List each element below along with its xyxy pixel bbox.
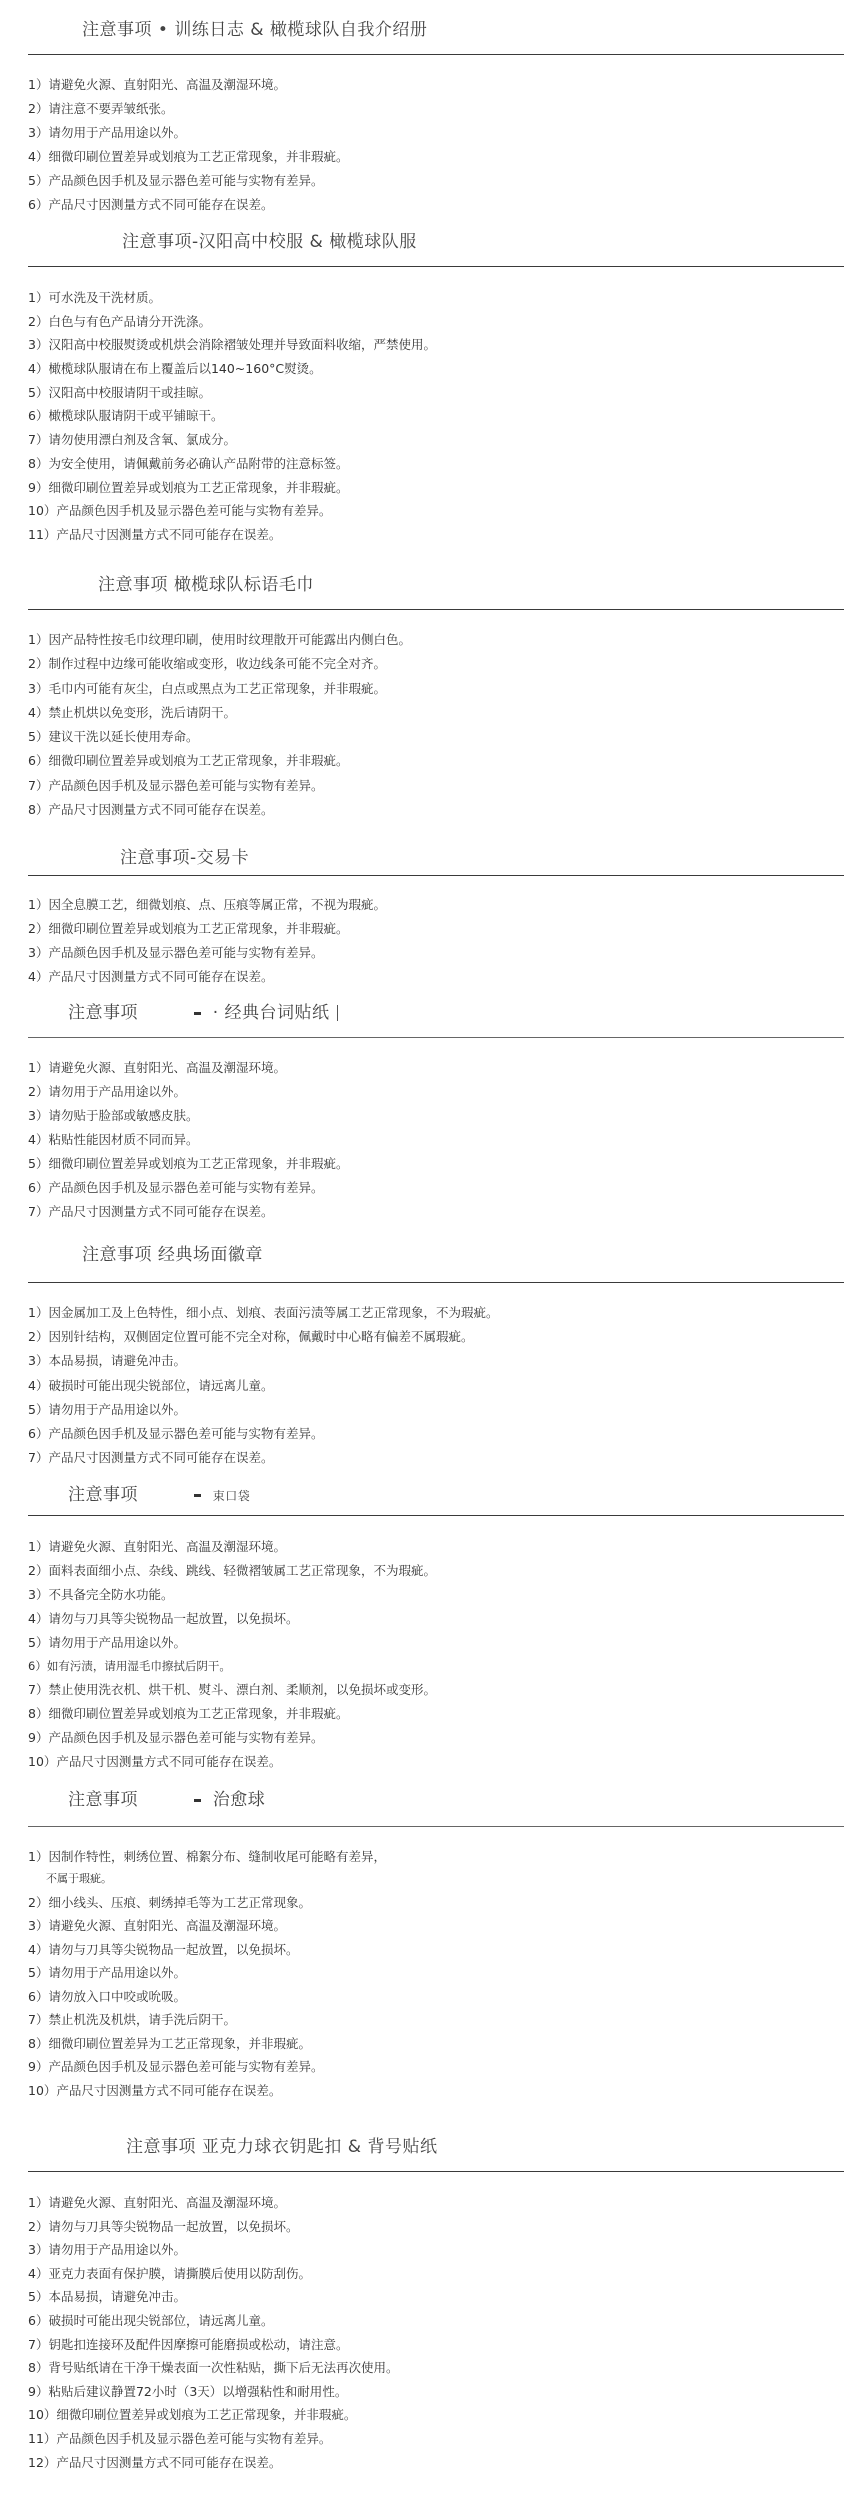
section-title-suffix: · 经典台词贴纸: [213, 1003, 330, 1023]
list-item: 9）细微印刷位置差异或划痕为工艺正常现象，并非瑕疵。: [28, 480, 436, 496]
list-item: 1）可水洗及干洗材质。: [28, 290, 436, 306]
list-item: 9）粘贴后建议静置72小时（3天）以增强粘性和耐用性。: [28, 2384, 398, 2400]
list-item: 4）亚克力表面有保护膜，请撕膜后使用以防刮伤。: [28, 2266, 398, 2282]
list-item: 7）禁止使用洗衣机、烘干机、熨斗、漂白剂、柔顺剂，以免损坏或变形。: [28, 1682, 436, 1698]
list-item: 7）产品颜色因手机及显示器色差可能与实物有差异。: [28, 778, 411, 794]
text-cursor: [337, 1005, 338, 1021]
list-item: 7）钥匙扣连接环及配件因摩擦可能磨损或松动，请注意。: [28, 2337, 398, 2353]
list-item: 10）产品尺寸因测量方式不同可能存在误差。: [28, 1754, 436, 1770]
divider: [28, 1826, 844, 1827]
section-title: 注意事项 治愈球: [68, 1788, 265, 1812]
list-item: 2）白色与有色产品请分开洗涤。: [28, 314, 436, 330]
divider: [28, 54, 844, 55]
list-item: 3）请勿贴于脸部或敏感皮肤。: [28, 1108, 348, 1124]
section-title: 注意事项 橄榄球队标语毛巾: [98, 573, 314, 597]
section-title: 注意事项-汉阳高中校服 & 橄榄球队服: [122, 230, 417, 254]
list-item: 2）请勿与刀具等尖锐物品一起放置，以免损坏。: [28, 2219, 398, 2235]
list-item: 9）产品颜色因手机及显示器色差可能与实物有差异。: [28, 2059, 386, 2075]
list-item: 8）产品尺寸因测量方式不同可能存在误差。: [28, 802, 411, 818]
list-item: 2）请注意不要弄皱纸张。: [28, 101, 348, 117]
notice-list: 1）因全息膜工艺，细微划痕、点、压痕等属正常，不视为瑕疵。 2）细微印刷位置差异…: [28, 897, 386, 985]
divider: [28, 1515, 844, 1516]
list-item: 3）产品颜色因手机及显示器色差可能与实物有差异。: [28, 945, 386, 961]
list-item: 3）请勿用于产品用途以外。: [28, 125, 348, 141]
list-item: 1）因全息膜工艺，细微划痕、点、压痕等属正常，不视为瑕疵。: [28, 897, 386, 913]
list-item: 6）产品颜色因手机及显示器色差可能与实物有差异。: [28, 1180, 348, 1196]
notice-list: 1）请避免火源、直射阳光、高温及潮湿环境。 2）面料表面细小点、杂线、跳线、轻微…: [28, 1539, 436, 1770]
list-item: 2）制作过程中边缘可能收缩或变形，收边线条可能不完全对齐。: [28, 656, 411, 672]
list-item-continuation: 不属于瑕疵。: [28, 1871, 386, 1887]
list-item: 9）产品颜色因手机及显示器色差可能与实物有差异。: [28, 1730, 436, 1746]
list-item: 1）因金属加工及上色特性，细小点、划痕、表面污渍等属工艺正常现象，不为瑕疵。: [28, 1305, 498, 1321]
divider: [28, 609, 844, 610]
list-item: 1）请避免火源、直射阳光、高温及潮湿环境。: [28, 77, 348, 93]
list-item: 4）橄榄球队服请在布上覆盖后以140~160°C熨烫。: [28, 361, 436, 377]
list-item: 5）请勿用于产品用途以外。: [28, 1402, 498, 1418]
list-item: 5）细微印刷位置差异或划痕为工艺正常现象，并非瑕疵。: [28, 1156, 348, 1172]
list-item: 10）产品尺寸因测量方式不同可能存在误差。: [28, 2083, 386, 2099]
list-item: 2）细微印刷位置差异或划痕为工艺正常现象，并非瑕疵。: [28, 921, 386, 937]
list-item: 5）汉阳高中校服请阴干或挂晾。: [28, 385, 436, 401]
section-title-prefix: 注意事项: [68, 1485, 138, 1505]
list-item: 7）禁止机洗及机烘，请手洗后阴干。: [28, 2012, 386, 2028]
section-title: 注意事项 亚克力球衣钥匙扣 & 背号贴纸: [126, 2135, 437, 2159]
notice-list: 1）因金属加工及上色特性，细小点、划痕、表面污渍等属工艺正常现象，不为瑕疵。 2…: [28, 1305, 498, 1466]
section-title-suffix: 束口袋: [213, 1489, 251, 1503]
list-item: 5）本品易损，请避免冲击。: [28, 2289, 398, 2305]
list-item: 3）汉阳高中校服熨烫或机烘会消除褶皱处理并导致面料收缩，严禁使用。: [28, 337, 436, 353]
list-item: 3）毛巾内可能有灰尘，白点或黑点为工艺正常现象，并非瑕疵。: [28, 681, 411, 697]
list-item: 5）请勿用于产品用途以外。: [28, 1635, 436, 1651]
list-item: 8）细微印刷位置差异或划痕为工艺正常现象，并非瑕疵。: [28, 1706, 436, 1722]
list-item: 6）产品尺寸因测量方式不同可能存在误差。: [28, 197, 348, 213]
section-title: 注意事项-交易卡: [120, 846, 249, 870]
section-title: 注意事项 · 经典台词贴纸: [68, 1001, 338, 1025]
section-title: 注意事项 • 训练日志 & 橄榄球队自我介绍册: [82, 18, 427, 42]
list-item: 11）产品颜色因手机及显示器色差可能与实物有差异。: [28, 2431, 398, 2447]
divider: [28, 875, 844, 876]
divider: [28, 1282, 844, 1283]
list-item: 7）产品尺寸因测量方式不同可能存在误差。: [28, 1204, 348, 1220]
dash-mark: [194, 1799, 201, 1802]
list-item: 2）细小线头、压痕、刺绣掉毛等为工艺正常现象。: [28, 1895, 386, 1911]
list-item: 8）背号贴纸请在干净干燥表面一次性粘贴，撕下后无法再次使用。: [28, 2360, 398, 2376]
list-item: 4）请勿与刀具等尖锐物品一起放置，以免损坏。: [28, 1942, 386, 1958]
divider: [28, 2171, 844, 2172]
list-item: 5）请勿用于产品用途以外。: [28, 1965, 386, 1981]
list-item: 2）面料表面细小点、杂线、跳线、轻微褶皱属工艺正常现象，不为瑕疵。: [28, 1563, 436, 1579]
divider: [28, 1037, 844, 1038]
section-title-suffix: 治愈球: [213, 1790, 266, 1810]
list-item: 1）因产品特性按毛巾纹理印刷，使用时纹理散开可能露出内侧白色。: [28, 632, 411, 648]
list-item: 8）为安全使用，请佩戴前务必确认产品附带的注意标签。: [28, 456, 436, 472]
list-item: 7）产品尺寸因测量方式不同可能存在误差。: [28, 1450, 498, 1466]
list-item: 4）粘贴性能因材质不同而异。: [28, 1132, 348, 1148]
dash-mark: [194, 1494, 201, 1497]
notice-list: 1）请避免火源、直射阳光、高温及潮湿环境。 2）请注意不要弄皱纸张。 3）请勿用…: [28, 77, 348, 213]
list-item: 6）细微印刷位置差异或划痕为工艺正常现象，并非瑕疵。: [28, 753, 411, 769]
list-item: 10）产品颜色因手机及显示器色差可能与实物有差异。: [28, 503, 436, 519]
list-item: 12）产品尺寸因测量方式不同可能存在误差。: [28, 2455, 398, 2471]
section-title-prefix: 注意事项: [68, 1790, 138, 1810]
list-item: 3）不具备完全防水功能。: [28, 1587, 436, 1603]
list-item: 2）请勿用于产品用途以外。: [28, 1084, 348, 1100]
list-item: 11）产品尺寸因测量方式不同可能存在误差。: [28, 527, 436, 543]
list-item: 3）本品易损，请避免冲击。: [28, 1353, 498, 1369]
list-item: 4）产品尺寸因测量方式不同可能存在误差。: [28, 969, 386, 985]
section-title: 注意事项 束口袋: [68, 1483, 250, 1508]
list-item: 4）破损时可能出现尖锐部位，请远离儿童。: [28, 1378, 498, 1394]
list-item: 4）细微印刷位置差异或划痕为工艺正常现象，并非瑕疵。: [28, 149, 348, 165]
list-item: 6）如有污渍，请用湿毛巾擦拭后阴干。: [28, 1658, 436, 1674]
notice-list: 1）可水洗及干洗材质。 2）白色与有色产品请分开洗涤。 3）汉阳高中校服熨烫或机…: [28, 290, 436, 543]
list-item: 1）请避免火源、直射阳光、高温及潮湿环境。: [28, 1060, 348, 1076]
list-item: 1）因制作特性，刺绣位置、棉絮分布、缝制收尾可能略有差异， 不属于瑕疵。: [28, 1849, 386, 1887]
list-item-text: 1）因制作特性，刺绣位置、棉絮分布、缝制收尾可能略有差异，: [28, 1849, 386, 1864]
list-item: 6）破损时可能出现尖锐部位，请远离儿童。: [28, 2313, 398, 2329]
list-item: 8）细微印刷位置差异为工艺正常现象，并非瑕疵。: [28, 2036, 386, 2052]
list-item: 6）请勿放入口中咬或吮吸。: [28, 1989, 386, 2005]
notice-list: 1）因制作特性，刺绣位置、棉絮分布、缝制收尾可能略有差异， 不属于瑕疵。 2）细…: [28, 1849, 386, 2099]
list-item: 1）请避免火源、直射阳光、高温及潮湿环境。: [28, 2195, 398, 2211]
list-item: 10）细微印刷位置差异或划痕为工艺正常现象，并非瑕疵。: [28, 2407, 398, 2423]
list-item: 3）请避免火源、直射阳光、高温及潮湿环境。: [28, 1918, 386, 1934]
list-item: 5）产品颜色因手机及显示器色差可能与实物有差异。: [28, 173, 348, 189]
notice-list: 1）请避免火源、直射阳光、高温及潮湿环境。 2）请勿用于产品用途以外。 3）请勿…: [28, 1060, 348, 1220]
list-item: 1）请避免火源、直射阳光、高温及潮湿环境。: [28, 1539, 436, 1555]
list-item: 4）请勿与刀具等尖锐物品一起放置，以免损坏。: [28, 1611, 436, 1627]
notice-list: 1）因产品特性按毛巾纹理印刷，使用时纹理散开可能露出内侧白色。 2）制作过程中边…: [28, 632, 411, 818]
list-item: 3）请勿用于产品用途以外。: [28, 2242, 398, 2258]
list-item: 5）建议干洗以延长使用寿命。: [28, 729, 411, 745]
dash-mark: [194, 1012, 201, 1015]
list-item: 6）产品颜色因手机及显示器色差可能与实物有差异。: [28, 1426, 498, 1442]
list-item: 4）禁止机烘以免变形，洗后请阴干。: [28, 705, 411, 721]
notice-list: 1）请避免火源、直射阳光、高温及潮湿环境。 2）请勿与刀具等尖锐物品一起放置，以…: [28, 2195, 398, 2471]
list-item: 2）因别针结构，双侧固定位置可能不完全对称，佩戴时中心略有偏差不属瑕疵。: [28, 1329, 498, 1345]
section-title-prefix: 注意事项: [68, 1003, 138, 1023]
section-title: 注意事项 经典场面徽章: [82, 1243, 263, 1267]
list-item: 7）请勿使用漂白剂及含氧、氯成分。: [28, 432, 436, 448]
list-item: 6）橄榄球队服请阴干或平铺晾干。: [28, 408, 436, 424]
divider: [28, 266, 844, 267]
